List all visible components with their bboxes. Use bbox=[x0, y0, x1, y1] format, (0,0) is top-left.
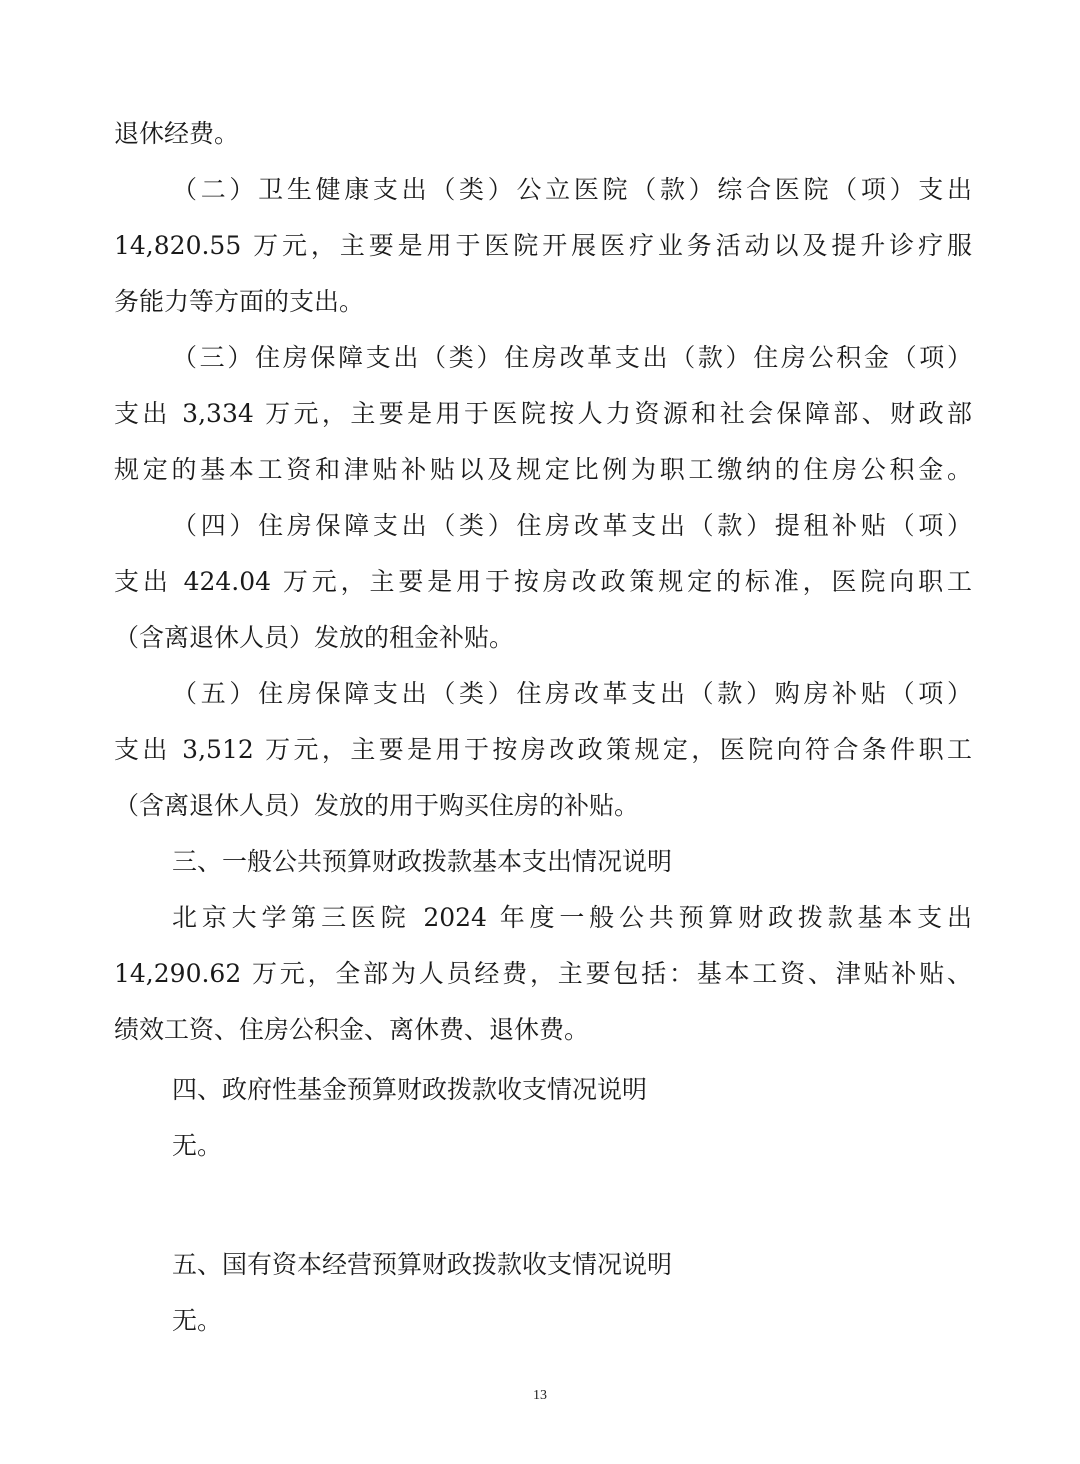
section-3-line-3: 绩效工资、住房公积金、离休费、退休费。 bbox=[114, 1013, 972, 1047]
item-3-line-1: （三）住房保障支出（类）住房改革支出（款）住房公积金（项） bbox=[172, 341, 972, 375]
text-line-retirement-funds-end: 退休经费。 bbox=[114, 117, 972, 151]
document-page: 退休经费。 （二）卫生健康支出（类）公立医院（款）综合医院（项）支出 14,82… bbox=[0, 0, 1080, 1464]
item-5-line-2: 支出 3,512 万元，主要是用于按房改政策规定，医院向符合条件职工 bbox=[114, 733, 972, 767]
item-4-line-1: （四）住房保障支出（类）住房改革支出（款）提租补贴（项） bbox=[172, 509, 972, 543]
section-5-body: 无。 bbox=[172, 1304, 972, 1338]
item-2-line-3: 务能力等方面的支出。 bbox=[114, 285, 972, 319]
page-number: 13 bbox=[0, 1388, 1080, 1404]
section-4-heading: 四、政府性基金预算财政拨款收支情况说明 bbox=[172, 1073, 972, 1107]
item-3-line-3: 规定的基本工资和津贴补贴以及规定比例为职工缴纳的住房公积金。 bbox=[114, 453, 972, 487]
section-4-body: 无。 bbox=[172, 1129, 972, 1163]
section-3-heading: 三、一般公共预算财政拨款基本支出情况说明 bbox=[172, 845, 972, 879]
item-2-line-1: （二）卫生健康支出（类）公立医院（款）综合医院（项）支出 bbox=[172, 173, 972, 207]
item-5-line-1: （五）住房保障支出（类）住房改革支出（款）购房补贴（项） bbox=[172, 677, 972, 711]
item-5-line-3: （含离退休人员）发放的用于购买住房的补贴。 bbox=[114, 789, 972, 823]
item-4-line-3: （含离退休人员）发放的租金补贴。 bbox=[114, 621, 972, 655]
item-4-line-2: 支出 424.04 万元，主要是用于按房改政策规定的标准，医院向职工 bbox=[114, 565, 972, 599]
section-3-line-1: 北京大学第三医院 2024 年度一般公共预算财政拨款基本支出 bbox=[172, 901, 972, 935]
section-3-line-2: 14,290.62 万元，全部为人员经费，主要包括：基本工资、津贴补贴、 bbox=[114, 957, 972, 991]
section-5-heading: 五、国有资本经营预算财政拨款收支情况说明 bbox=[172, 1248, 972, 1282]
item-3-line-2: 支出 3,334 万元，主要是用于医院按人力资源和社会保障部、财政部 bbox=[114, 397, 972, 431]
item-2-line-2: 14,820.55 万元，主要是用于医院开展医疗业务活动以及提升诊疗服 bbox=[114, 229, 972, 263]
